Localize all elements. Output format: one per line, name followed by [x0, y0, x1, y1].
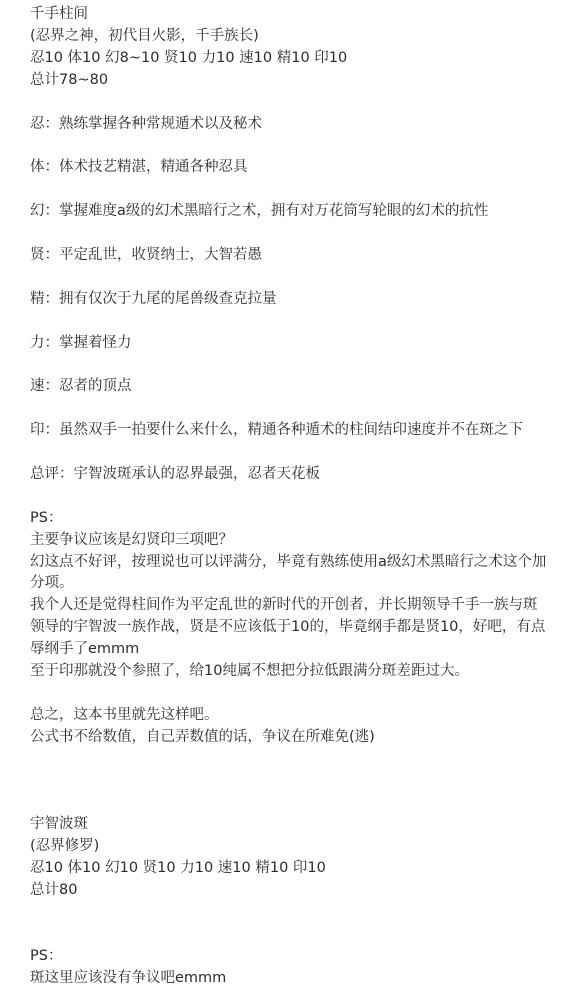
character-title: (忍界之神，初代目火影，千手族长)	[30, 26, 550, 48]
spacer	[30, 792, 550, 814]
spacer	[30, 486, 550, 508]
ps-line: 主要争议应该是幻贤印三项吧？	[30, 530, 550, 552]
spacer	[30, 442, 550, 464]
spacer	[30, 771, 550, 793]
spacer	[30, 924, 550, 946]
overall-review: 总评：宇智波斑承认的忍界最强，忍者天花板	[30, 464, 550, 486]
spacer	[30, 683, 550, 705]
ps-line: 至于印那就没个参照了，给10纯属不想把分拉低跟满分斑差距过大。	[30, 661, 550, 683]
stat-detail-speed: 速：忍者的顶点	[30, 376, 550, 398]
ps-label: PS：	[30, 508, 550, 530]
spacer	[30, 92, 550, 114]
spacer	[30, 749, 550, 771]
stat-detail-seals: 印：虽然双手一拍要什么来什么，精通各种遁术的柱间结印速度并不在斑之下	[30, 420, 550, 442]
stat-detail-strength: 力：掌握着怪力	[30, 333, 550, 355]
conclusion-line: 公式书不给数值，自己弄数值的话，争议在所难免(逃)	[30, 727, 550, 749]
spacer	[30, 354, 550, 376]
spacer	[30, 179, 550, 201]
stat-detail-int: 贤：平定乱世，收贤纳士，大智若愚	[30, 245, 550, 267]
spacer	[30, 311, 550, 333]
character-stats: 忍10 体10 幻8~10 贤10 力10 速10 精10 印10	[30, 48, 550, 70]
ps-line: 我个人还是觉得柱间作为平定乱世的新时代的开创者，并长期领导千手一族与斑领导的宇智…	[30, 595, 550, 661]
character-title: (忍界修罗)	[30, 836, 550, 858]
ps-line: 斑这里应该没有争议吧emmm	[30, 968, 550, 990]
stat-detail-nin: 忍：熟练掌握各种常规遁术以及秘术	[30, 114, 550, 136]
character-stats: 忍10 体10 幻10 贤10 力10 速10 精10 印10	[30, 858, 550, 880]
article-body: 千手柱间 (忍界之神，初代目火影，千手族长) 忍10 体10 幻8~10 贤10…	[30, 4, 550, 990]
stat-detail-gen: 幻：掌握难度a级的幻术黑暗行之术，拥有对万花筒写轮眼的幻术的抗性	[30, 201, 550, 223]
character-section-hashirama: 千手柱间 (忍界之神，初代目火影，千手族长) 忍10 体10 幻8~10 贤10…	[30, 4, 550, 749]
conclusion-line: 总之，这本书里就先这样吧。	[30, 705, 550, 727]
spacer	[30, 135, 550, 157]
spacer	[30, 267, 550, 289]
character-total: 总计78~80	[30, 70, 550, 92]
character-name: 千手柱间	[30, 4, 550, 26]
spacer	[30, 902, 550, 924]
character-total: 总计80	[30, 880, 550, 902]
spacer	[30, 223, 550, 245]
stat-detail-tai: 体：体术技艺精湛，精通各种忍具	[30, 157, 550, 179]
character-name: 宇智波斑	[30, 814, 550, 836]
character-section-madara: 宇智波斑 (忍界修罗) 忍10 体10 幻10 贤10 力10 速10 精10 …	[30, 814, 550, 989]
stat-detail-chakra: 精：拥有仅次于九尾的尾兽级查克拉量	[30, 289, 550, 311]
ps-line: 幻这点不好评，按理说也可以评满分，毕竟有熟练使用a级幻术黑暗行之术这个加分项。	[30, 552, 550, 596]
spacer	[30, 398, 550, 420]
ps-label: PS：	[30, 946, 550, 968]
